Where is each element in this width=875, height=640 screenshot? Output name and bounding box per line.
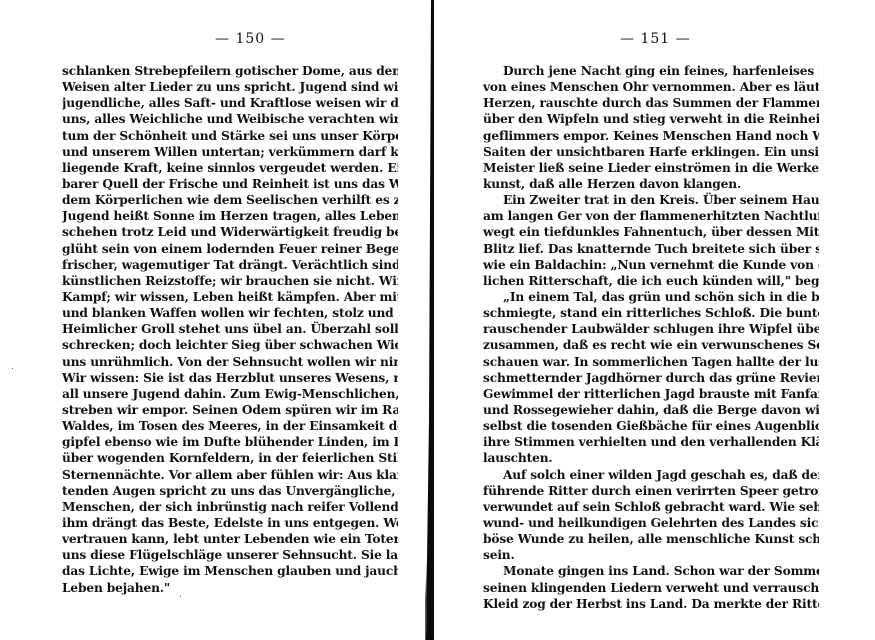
text-line: Wir wissen: Sie ist das Herzblut unseres… [62, 370, 398, 386]
text-line: Leben bejahen." [62, 580, 398, 596]
text-line: schauen war. In sommerlichen Tagen hallt… [483, 354, 819, 370]
text-line: Jugend heißt Sonne im Herzen tragen, all… [62, 208, 398, 224]
text-line: Meister ließ seine Lieder einströmen in … [483, 160, 819, 176]
text-line: Sternennächte. Vor allem aber fühlen wir… [62, 467, 398, 483]
text-line: führende Ritter durch einen verirrten Sp… [483, 483, 819, 499]
text-line: Heimlicher Groll stehet uns übel an. Übe… [62, 321, 398, 337]
text-line: wie ein Baldachin: „Nun vernehmt die Kun… [483, 257, 819, 273]
text-line: glüht sein von einem lodernden Feuer rei… [62, 241, 398, 257]
text-line: gipfel ebenso wie im Dufte blühender Lin… [62, 434, 398, 450]
text-line: Saiten der unsichtbaren Harfe erklingen.… [483, 144, 819, 160]
text-line: all unsere Jugend dahin. Zum Ewig-Mensch… [62, 386, 398, 402]
scan-speck [770, 528, 771, 529]
text-line: kunst, daß alle Herzen davon klangen. [483, 176, 819, 192]
text-line: schmiegte, stand ein ritterliches Schloß… [483, 305, 819, 321]
text-line: dem Körperlichen wie dem Seelischen verh… [62, 192, 398, 208]
text-line: liegende Kraft, keine sinnlos vergeudet … [62, 160, 398, 176]
text-line: Weisen alter Lieder zu uns spricht. Juge… [62, 79, 398, 95]
scan-speck [12, 368, 13, 369]
text-line: uns, alles Weichliche und Weibische vera… [62, 111, 398, 127]
text-line: ihre Stimmen verhielten und den verhalle… [483, 434, 819, 450]
text-line: Kleid zog der Herbst ins Land. Da merkte… [483, 596, 819, 612]
text-line: tum der Schönheit und Stärke sei uns uns… [62, 128, 398, 144]
text-line: Gewimmel der ritterlichen Jagd brauste m… [483, 386, 819, 402]
text-line: selbst die tosenden Gießbäche für eines … [483, 418, 819, 434]
text-line: wegt ein tiefdunkles Fahnentuch, über de… [483, 224, 819, 240]
text-line: schlanken Strebepfeilern gotischer Dome,… [62, 63, 398, 79]
text-line: jugendliche, alles Saft- und Kraftlose w… [62, 95, 398, 111]
text-line: Ein Zweiter trat in den Kreis. Über sein… [483, 192, 819, 208]
text-line: verwundet auf sein Schloß gebracht ward.… [483, 499, 819, 515]
text-line: von eines Menschen Ohr vernommen. Aber e… [483, 79, 819, 95]
text-line: Blitz lief. Das knatternde Tuch breitete… [483, 241, 819, 257]
text-line: streben wir empor. Seinen Odem spüren wi… [62, 402, 398, 418]
text-line: zusammen, daß es recht wie ein verwunsch… [483, 337, 819, 353]
text-line: frischer, wagemutiger Tat drängt. Veräch… [62, 257, 398, 273]
text-line: schmetternder Jagdhörner durch das grüne… [483, 370, 819, 386]
text-line: sein. [483, 547, 819, 563]
text-line: am langen Ger von der flammenerhitzten N… [483, 208, 819, 224]
text-line: lichen Ritterschaft, die ich euch künden… [483, 273, 819, 289]
text-line: wund- und heilkundigen Gelehrten des Lan… [483, 515, 819, 531]
text-line: über wogenden Kornfeldern, in der feierl… [62, 450, 398, 466]
text-line: Menschen, der sich inbrünstig nach reife… [62, 499, 398, 515]
text-line: seinen klingenden Liedern verweht und ve… [483, 580, 819, 596]
right-page-text: Durch jene Nacht ging ein feines, harfen… [483, 63, 819, 612]
text-line: Monate gingen ins Land. Schon war der So… [483, 563, 819, 579]
scan-speck [180, 596, 181, 597]
page-number-right: — 151 — [620, 31, 691, 47]
right-page: — 151 — Durch jene Nacht ging ein feines… [432, 0, 875, 640]
text-line: und blanken Waffen wollen wir fechten, s… [62, 305, 398, 321]
text-line: Waldes, im Tosen des Meeres, in der Eins… [62, 418, 398, 434]
text-line: böse Wunde zu heilen, alle menschliche K… [483, 531, 819, 547]
text-line: Durch jene Nacht ging ein feines, harfen… [483, 63, 819, 79]
left-page-text: schlanken Strebepfeilern gotischer Dome,… [62, 63, 398, 596]
text-line: uns diese Flügelschläge unserer Sehnsuch… [62, 547, 398, 563]
text-line: lauschten. [483, 450, 819, 466]
text-line: barer Quell der Frische und Reinheit ist… [62, 176, 398, 192]
page-number-left: — 150 — [215, 31, 286, 47]
text-line: künstlichen Reizstoffe; wir brauchen sie… [62, 273, 398, 289]
text-line: „In einem Tal, das grün und schön sich i… [483, 289, 819, 305]
text-line: geflimmers empor. Keines Menschen Hand n… [483, 128, 819, 144]
text-line: schehen trotz Leid und Widerwärtigkeit f… [62, 224, 398, 240]
text-line: und unserem Willen untertan; verkümmern … [62, 144, 398, 160]
text-line: vertrauen kann, lebt unter Lebenden wie … [62, 531, 398, 547]
text-line: schrecken; doch leichter Sieg über schwa… [62, 337, 398, 353]
text-line: tenden Augen spricht zu uns das Unvergän… [62, 483, 398, 499]
left-page: — 150 — schlanken Strebepfeilern gotisch… [0, 0, 428, 640]
text-line: ihm drängt das Beste, Edelste in uns ent… [62, 515, 398, 531]
text-line: über den Wipfeln und stieg verweht in di… [483, 111, 819, 127]
text-line: Auf solch einer wilden Jagd geschah es, … [483, 467, 819, 483]
text-line: rauschender Laubwälder schlugen ihre Wip… [483, 321, 819, 337]
text-line: Herzen, rauschte durch das Summen der Fl… [483, 95, 819, 111]
text-line: und Rossegewieher dahin, daß die Berge d… [483, 402, 819, 418]
text-line: das Lichte, Ewige im Menschen glauben un… [62, 563, 398, 579]
text-line: Kampf; wir wissen, Leben heißt kämpfen. … [62, 289, 398, 305]
text-line: uns unrühmlich. Von der Sehnsucht wollen… [62, 354, 398, 370]
book-spread: — 150 — schlanken Strebepfeilern gotisch… [0, 0, 875, 640]
